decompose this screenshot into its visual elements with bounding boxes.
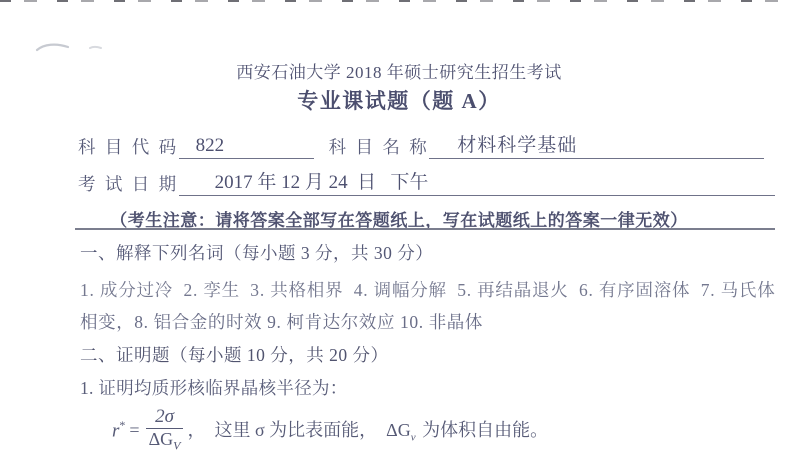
section2-heading: 二、证明题（每小题 10 分，共 20 分） <box>80 344 389 367</box>
section1-terms-line2: 相变，8. 铝合金的时效 9. 柯肯达尔效应 10. 非晶体 <box>80 311 483 334</box>
critical-radius-formula: r* = 2σ ΔGV ， 这里 σ 为比表面能， ΔGv 为体积自由能。 <box>112 404 548 456</box>
divider-rule <box>75 228 775 230</box>
section1-heading: 一、解释下列名词（每小题 3 分，共 30 分） <box>80 242 433 265</box>
formula-delta-g: ΔG <box>149 429 174 449</box>
formula-explanation-part1: ， 这里 σ 为比表面能， ΔG <box>187 420 410 440</box>
formula-numerator: 2σ <box>149 407 180 428</box>
exam-date-label: 考 试 日 期 <box>78 172 179 196</box>
scan-artifact-line <box>0 0 798 2</box>
subject-name-label: 科 目 名 称 <box>329 135 430 159</box>
subject-row: 科 目 代 码 822 科 目 名 称 材料科学基础 <box>78 134 764 159</box>
exam-date-value: 2017 年 12 月 24 日 下午 <box>179 171 775 196</box>
subject-code-value: 822 <box>179 134 314 159</box>
formula-explanation-part2: 为体积自由能。 <box>418 420 549 440</box>
exam-paper-page: 西安石油大学 2018 年硕士研究生招生考试 专业课试题（题 A） 科 目 代 … <box>0 0 798 459</box>
page-title: 西安石油大学 2018 年硕士研究生招生考试 <box>0 58 798 83</box>
formula-lhs: r* <box>112 418 125 442</box>
subject-code-label: 科 目 代 码 <box>78 135 179 159</box>
formula-denominator-subscript: V <box>173 439 180 453</box>
section2-question1: 1. 证明均质形核临界晶核半径为： <box>80 377 348 400</box>
formula-denominator: ΔGV <box>146 428 184 452</box>
formula-explanation: ， 这里 σ 为比表面能， ΔGv 为体积自由能。 <box>187 416 548 444</box>
subject-name-value: 材料科学基础 <box>429 134 764 159</box>
section1-terms-line1: 1. 成分过冷 2. 孪生 3. 共格相界 4. 调幅分解 5. 再结晶退火 6… <box>80 279 776 302</box>
formula-explanation-subscript: v <box>411 432 416 444</box>
formula-star: * <box>119 418 125 432</box>
formula-fraction: 2σ ΔGV <box>146 407 184 452</box>
pen-mark <box>34 40 112 56</box>
exam-date-row: 考 试 日 期 2017 年 12 月 24 日 下午 <box>78 171 775 196</box>
page-subtitle: 专业课试题（题 A） <box>0 85 798 115</box>
formula-equals: = <box>129 420 139 441</box>
